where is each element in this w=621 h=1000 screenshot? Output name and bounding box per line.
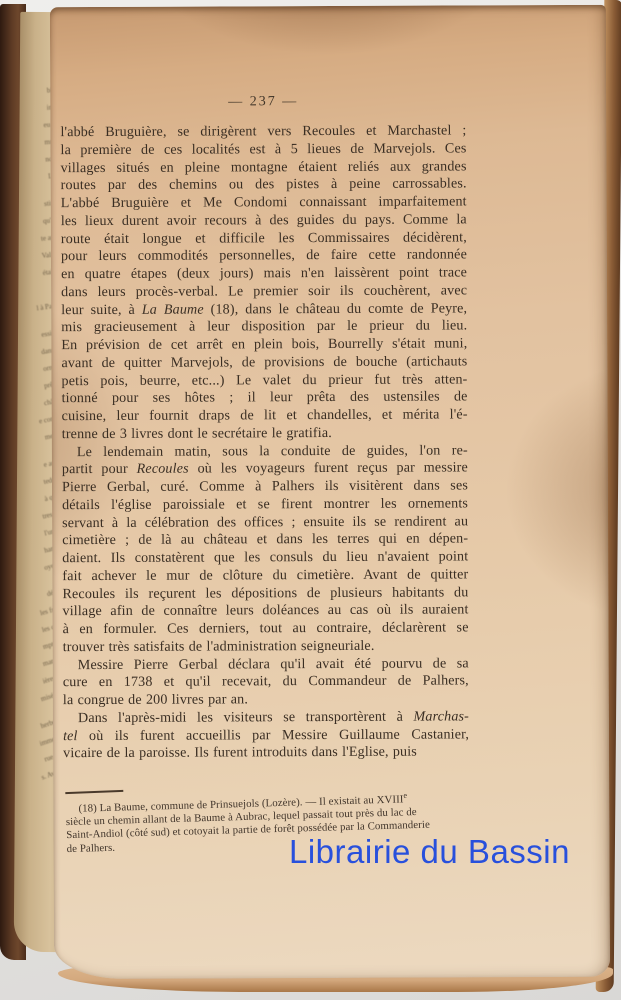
book-photo: 6 —blée en minier comeu le châtemmodés à… (0, 0, 621, 1000)
body-text-line: partit pour Recoules où les voyageurs fu… (62, 460, 468, 480)
body-text-line: trouver très satisfaits de l'administrat… (63, 637, 469, 657)
body-text-line: routes par des chemins ou des pistes à p… (61, 176, 467, 196)
body-text-line: les lieux durent avoir recours à des gui… (61, 211, 467, 231)
body-text-line: Pierre Gerbal, curé. Comme à Palhers ils… (62, 477, 468, 497)
body-text-line: En prévision de cet arrêt en plein bois,… (61, 335, 467, 355)
body-text-line: Messire Pierre Gerbal déclara qu'il avai… (63, 655, 469, 675)
body-text-line: cimetière ; de là au château et dans les… (62, 531, 468, 551)
body-text-line: la première de ces localités est à 5 lie… (60, 140, 466, 160)
body-text-line: Dans l'après-midi les visiteurs se trans… (63, 708, 469, 728)
body-text-line: fait achever le mur de clôture du cimeti… (62, 566, 468, 586)
body-text-line: tel où ils furent accueillis par Messire… (63, 726, 469, 746)
body-text-line: villages situés en pleine montagne étaie… (61, 158, 467, 178)
body-text-line: en quatre étapes (deux jours) mais n'en … (61, 264, 467, 284)
bookseller-watermark: Librairie du Bassin (289, 833, 570, 871)
body-text-line: l'abbé Bruguière, se dirigèrent vers Rec… (60, 122, 466, 142)
body-text-line: pour leurs commodités personnelles, de f… (61, 247, 467, 267)
body-text-line: L'abbé Bruguière et Me Condomi connaissa… (61, 193, 467, 213)
body-text-line: cuisine, leur fournit draps de lit et ch… (62, 406, 468, 426)
body-text-line: Le lendemain matin, sous la conduite de … (62, 442, 468, 462)
body-text-line: cure en 1738 et qu'il recevait, du Comma… (63, 673, 469, 693)
body-text-line: avant de quitter Marvejols, de provision… (61, 353, 467, 373)
body-text-line: tionné pour ses hôtes ; il leur prêta de… (62, 389, 468, 409)
body-text-line: mis gracieusement à leur disposition par… (61, 318, 467, 338)
body-text-line: vicaire de la paroisse. Ils furent intro… (63, 744, 469, 764)
body-text-line: daient. Ils constatèrent que les consuls… (62, 548, 468, 568)
page-text-block: — 237 — l'abbé Bruguière, se dirigèrent … (60, 93, 469, 763)
body-text-line: leur suite, à La Baume (18), dans le châ… (61, 300, 467, 320)
footnote-separator (65, 790, 123, 794)
body-text-line: à en formuler. Ces derniers, tout au con… (63, 619, 469, 639)
body-text-line: trenne de 3 livres dont le secrétaire le… (62, 424, 468, 444)
body-text-line: servant à la célébration des offices ; e… (62, 513, 468, 533)
body-text-line: village afin de connaître leurs doléance… (62, 602, 468, 622)
body-text-line: la congrue de 200 livres par an. (63, 690, 469, 710)
body-text-line: détails l'église paroissiale et se firen… (62, 495, 468, 515)
body-text-line: dans leurs procès-verbal. Le premier soi… (61, 282, 467, 302)
body-text-line: Recoules ils reçurent les dépositions de… (62, 584, 468, 604)
body-text-line: petis pois, beurre, etc...) Le valet du … (61, 371, 467, 391)
body-text-line: route était longue et difficile les Comm… (61, 229, 467, 249)
page-number: — 237 — (60, 93, 466, 111)
body-text: l'abbé Bruguière, se dirigèrent vers Rec… (60, 122, 469, 763)
